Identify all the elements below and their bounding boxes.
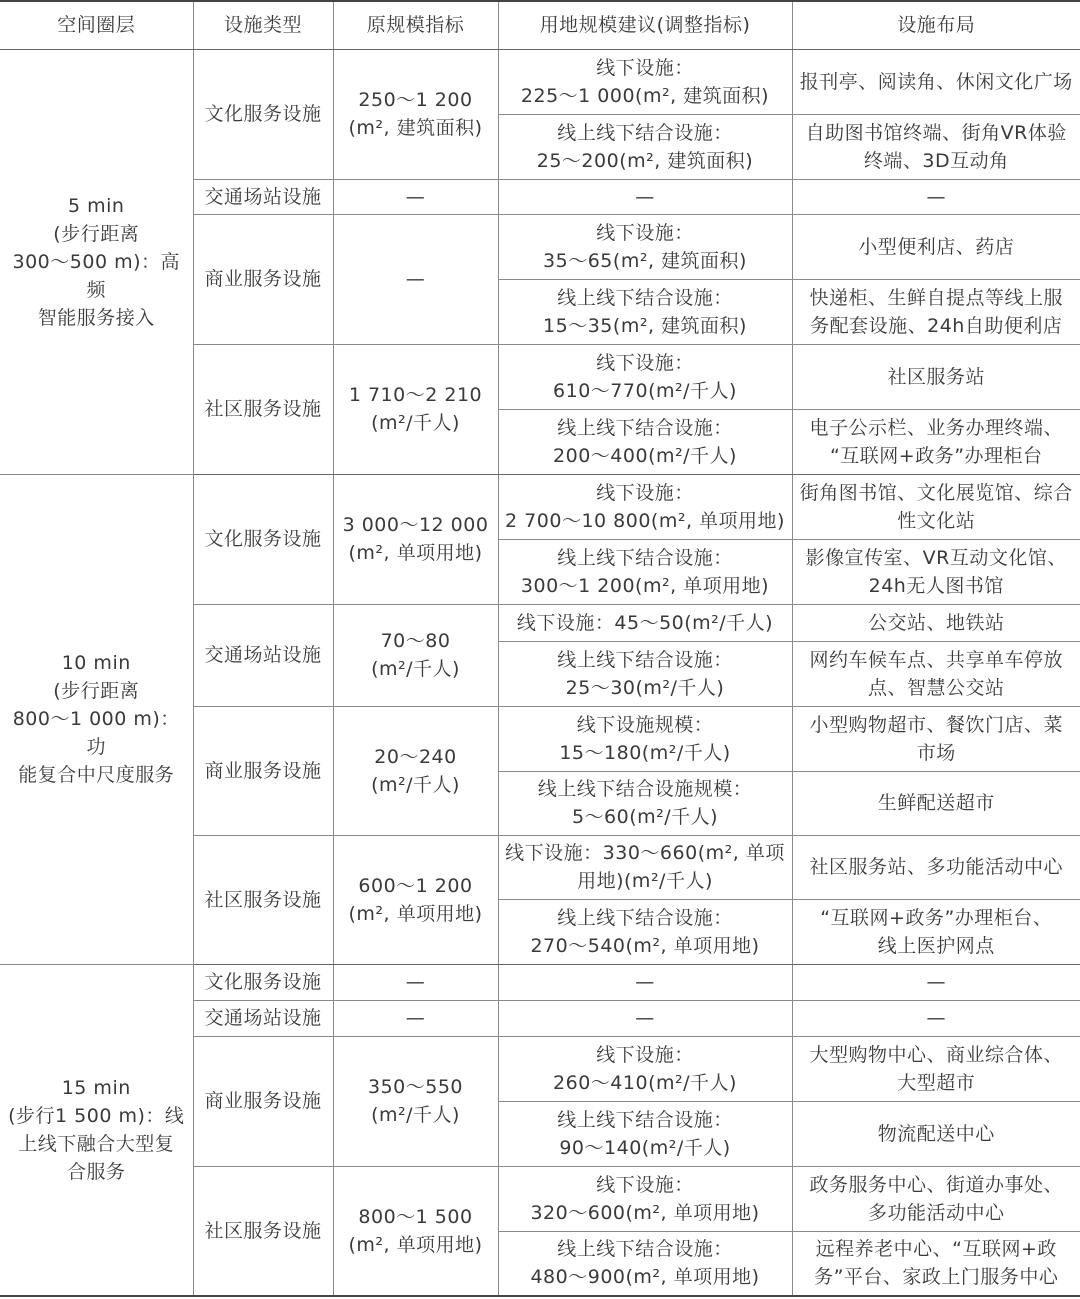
header-layer: 空间圈层 bbox=[0, 1, 193, 49]
facility-type-cell: 文化服务设施 bbox=[193, 474, 333, 604]
table-row: 15 min (步行1 500 m)：线 上线下融合大型复 合服务 文化服务设施… bbox=[0, 964, 1080, 1000]
facility-type-cell: 商业服务设施 bbox=[193, 214, 333, 344]
original-index-cell: — bbox=[333, 964, 498, 1000]
layout-cell: 影像宣传室、VR互动文化馆、 24h无人图书馆 bbox=[792, 539, 1080, 604]
facility-type-cell: 社区服务设施 bbox=[193, 1166, 333, 1296]
layer-cell-15min: 15 min (步行1 500 m)：线 上线下融合大型复 合服务 bbox=[0, 964, 193, 1296]
header-suggestion: 用地规模建议(调整指标) bbox=[498, 1, 792, 49]
original-index-cell: 70～80 (m²/千人) bbox=[333, 604, 498, 706]
suggestion-cell: 线上线下结合设施： 480～900(m², 单项用地) bbox=[498, 1231, 792, 1296]
suggestion-cell: 线下设施： 610～770(m²/千人) bbox=[498, 344, 792, 409]
layout-cell: “互联网+政务”办理柜台、 线上医护网点 bbox=[792, 899, 1080, 964]
layout-cell: 快递柜、生鲜自提点等线上服 务配套设施、24h自助便利店 bbox=[792, 279, 1080, 344]
suggestion-cell: — bbox=[498, 179, 792, 214]
layout-cell: 小型购物超市、餐饮门店、菜 市场 bbox=[792, 706, 1080, 771]
facility-type-cell: 交通场站设施 bbox=[193, 179, 333, 214]
table-row: 5 min (步行距离 300～500 m)：高频 智能服务接入 文化服务设施 … bbox=[0, 49, 1080, 114]
suggestion-cell: 线下设施规模： 15～180(m²/千人) bbox=[498, 706, 792, 771]
layout-cell: 公交站、地铁站 bbox=[792, 604, 1080, 641]
suggestion-cell: 线上线下结合设施： 90～140(m²/千人) bbox=[498, 1101, 792, 1166]
header-row: 空间圈层 设施类型 原规模指标 用地规模建议(调整指标) 设施布局 bbox=[0, 1, 1080, 49]
original-index-cell: 1 710～2 210 (m²/千人) bbox=[333, 344, 498, 474]
original-index-cell: 3 000～12 000 (m², 单项用地) bbox=[333, 474, 498, 604]
suggestion-cell: 线下设施： 320～600(m², 单项用地) bbox=[498, 1166, 792, 1231]
layout-cell: — bbox=[792, 964, 1080, 1000]
suggestion-cell: 线上线下结合设施： 25～30(m²/千人) bbox=[498, 641, 792, 706]
layout-cell: 社区服务站 bbox=[792, 344, 1080, 409]
suggestion-cell: 线下设施： 35～65(m², 建筑面积) bbox=[498, 214, 792, 279]
suggestion-cell: — bbox=[498, 1000, 792, 1036]
suggestion-cell: — bbox=[498, 964, 792, 1000]
suggestion-cell: 线下设施： 260～410(m²/千人) bbox=[498, 1036, 792, 1101]
original-index-cell: 600～1 200 (m², 单项用地) bbox=[333, 835, 498, 964]
facility-type-cell: 社区服务设施 bbox=[193, 835, 333, 964]
suggestion-cell: 线上线下结合设施： 270～540(m², 单项用地) bbox=[498, 899, 792, 964]
layout-cell: 物流配送中心 bbox=[792, 1101, 1080, 1166]
original-index-cell: — bbox=[333, 1000, 498, 1036]
suggestion-cell: 线上线下结合设施： 200～400(m²/千人) bbox=[498, 409, 792, 474]
header-layout: 设施布局 bbox=[792, 1, 1080, 49]
facility-type-cell: 商业服务设施 bbox=[193, 1036, 333, 1166]
suggestion-cell: 线下设施：45～50(m²/千人) bbox=[498, 604, 792, 641]
layout-cell: 报刊亭、阅读角、休闲文化广场 bbox=[792, 49, 1080, 114]
suggestion-cell: 线下设施： 225～1 000(m², 建筑面积) bbox=[498, 49, 792, 114]
layout-cell: 电子公示栏、业务办理终端、 “互联网+政务”办理柜台 bbox=[792, 409, 1080, 474]
facility-type-cell: 社区服务设施 bbox=[193, 344, 333, 474]
layer-cell-5min: 5 min (步行距离 300～500 m)：高频 智能服务接入 bbox=[0, 49, 193, 474]
layout-cell: 街角图书馆、文化展览馆、综合 性文化站 bbox=[792, 474, 1080, 539]
layout-cell: 政务服务中心、街道办事处、 多功能活动中心 bbox=[792, 1166, 1080, 1231]
original-index-cell: — bbox=[333, 179, 498, 214]
layout-cell: 社区服务站、多功能活动中心 bbox=[792, 835, 1080, 899]
suggestion-cell: 线上线下结合设施： 15～35(m², 建筑面积) bbox=[498, 279, 792, 344]
facility-type-cell: 文化服务设施 bbox=[193, 964, 333, 1000]
layout-cell: 自助图书馆终端、街角VR体验 终端、3D互动角 bbox=[792, 114, 1080, 179]
suggestion-cell: 线上线下结合设施规模： 5～60(m²/千人) bbox=[498, 771, 792, 835]
suggestion-cell: 线下设施：330～660(m², 单项 用地)(m²/千人) bbox=[498, 835, 792, 899]
table-row: 10 min (步行距离 800～1 000 m)：功 能复合中尺度服务 文化服… bbox=[0, 474, 1080, 539]
facility-type-cell: 交通场站设施 bbox=[193, 1000, 333, 1036]
original-index-cell: 250～1 200 (m², 建筑面积) bbox=[333, 49, 498, 179]
layout-cell: 小型便利店、药店 bbox=[792, 214, 1080, 279]
layout-cell: 生鲜配送超市 bbox=[792, 771, 1080, 835]
suggestion-cell: 线下设施： 2 700～10 800(m², 单项用地) bbox=[498, 474, 792, 539]
header-original-index: 原规模指标 bbox=[333, 1, 498, 49]
layer-cell-10min: 10 min (步行距离 800～1 000 m)：功 能复合中尺度服务 bbox=[0, 474, 193, 964]
original-index-cell: 350～550 (m²/千人) bbox=[333, 1036, 498, 1166]
suggestion-cell: 线上线下结合设施： 25～200(m², 建筑面积) bbox=[498, 114, 792, 179]
original-index-cell: — bbox=[333, 214, 498, 344]
layout-cell: — bbox=[792, 1000, 1080, 1036]
suggestion-cell: 线上线下结合设施： 300～1 200(m², 单项用地) bbox=[498, 539, 792, 604]
header-facility-type: 设施类型 bbox=[193, 1, 333, 49]
original-index-cell: 800～1 500 (m², 单项用地) bbox=[333, 1166, 498, 1296]
original-index-cell: 20～240 (m²/千人) bbox=[333, 706, 498, 835]
facility-type-cell: 商业服务设施 bbox=[193, 706, 333, 835]
layout-cell: 远程养老中心、“互联网+政 务”平台、家政上门服务中心 bbox=[792, 1231, 1080, 1296]
facility-planning-table: 空间圈层 设施类型 原规模指标 用地规模建议(调整指标) 设施布局 5 min … bbox=[0, 0, 1080, 1297]
facility-type-cell: 交通场站设施 bbox=[193, 604, 333, 706]
layout-cell: 大型购物中心、商业综合体、 大型超市 bbox=[792, 1036, 1080, 1101]
facility-type-cell: 文化服务设施 bbox=[193, 49, 333, 179]
layout-cell: — bbox=[792, 179, 1080, 214]
layout-cell: 网约车候车点、共享单车停放 点、智慧公交站 bbox=[792, 641, 1080, 706]
